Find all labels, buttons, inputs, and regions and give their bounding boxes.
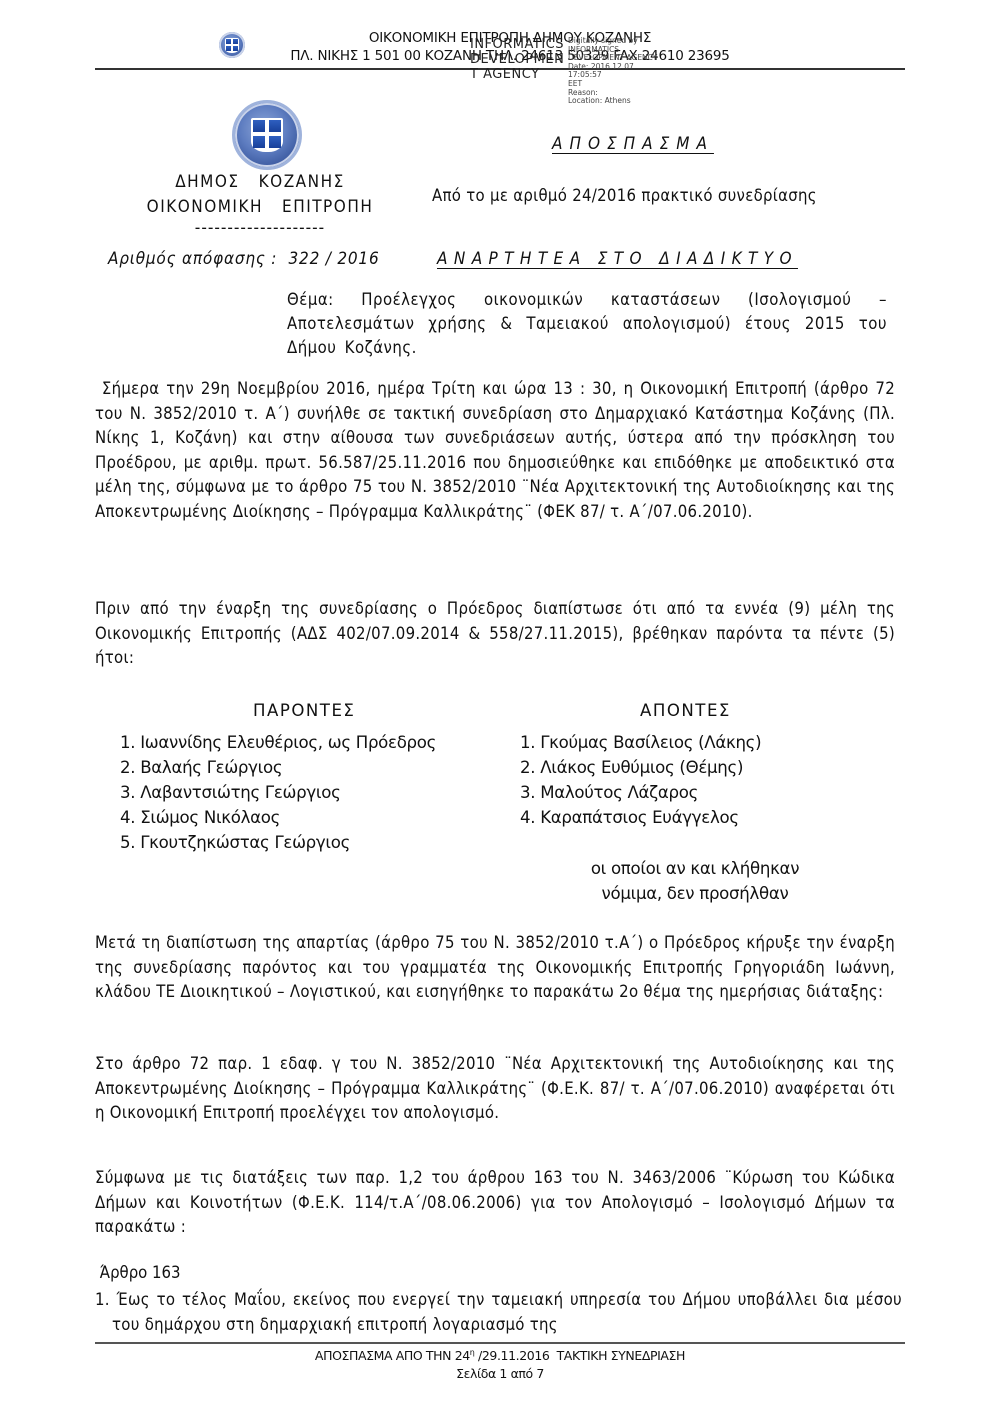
absent-title: ΑΠΟΝΤΕΣ	[640, 701, 731, 720]
list-item: 5. Γκουτζηκώστας Γεώργιος	[120, 830, 436, 855]
list-item: 2. Βαλαής Γεώργιος	[120, 755, 436, 780]
article-title: Άρθρο 163	[95, 1263, 181, 1282]
absent-note: οι οποίοι αν και κλήθηκαν νόμιμα, δεν πρ…	[560, 856, 830, 906]
coat-of-arms-icon	[232, 100, 302, 170]
document-type-title: ΑΠΟΣΠΑΣΜΑ	[552, 134, 714, 154]
subject: Θέμα: Προέλεγχος οικονομικών καταστάσεων…	[287, 288, 887, 360]
present-title: ΠΑΡΟΝΤΕΣ	[253, 701, 355, 720]
footer-meeting-ref: ΑΠΟΣΠΑΣΜΑ ΑΠΟ ΤΗΝ 24η /29.11.2016 ΤΑΚΤΙΚ…	[0, 1348, 1000, 1363]
list-item: 3. Μαλούτος Λάζαρος	[520, 780, 761, 805]
publish-notice: ΑΝΑΡΤΗΤΕΑ ΣΤΟ ΔΙΑΔΙΚΤΥΟ	[437, 249, 798, 269]
paragraph-meeting-intro: Σήμερα την 29η Νοεμβρίου 2016, ημέρα Τρί…	[95, 377, 895, 524]
footer-divider	[95, 1342, 905, 1344]
paragraph-session-opening: Μετά τη διαπίστωση της απαρτίας (άρθρο 7…	[95, 931, 895, 1005]
paragraph-quorum: Πριν από την έναρξη της συνεδρίασης ο Πρ…	[95, 597, 895, 671]
list-item: 1. Ιωαννίδης Ελευθέριος, ως Πρόεδρος	[120, 730, 436, 755]
footer-page-number: Σελίδα 1 από 7	[0, 1366, 1000, 1381]
list-item: 4. Σιώμος Νικόλαος	[120, 805, 436, 830]
paragraph-provisions: Σύμφωνα με τις διατάξεις των παρ. 1,2 το…	[95, 1166, 895, 1240]
absent-list: 1. Γκούμας Βασίλειος (Λάκης) 2. Λιάκος Ε…	[520, 730, 761, 830]
present-list: 1. Ιωαννίδης Ελευθέριος, ως Πρόεδρος 2. …	[120, 730, 436, 855]
municipality-name: ΔΗΜΟΣ ΚΟΖΑΝΗΣ	[100, 172, 420, 192]
signature-details: Digitally signed by INFORMATICS DEVELOPM…	[568, 37, 668, 106]
list-item: 4. Καραπάτσιος Ευάγγελος	[520, 805, 761, 830]
committee-name: ΟΙΚΟΝΟΜΙΚΗ ΕΠΙΤΡΟΠΗ	[100, 197, 420, 217]
list-item: 3. Λαβαντσιώτης Γεώργιος	[120, 780, 436, 805]
decision-number: Αριθμός απόφασης : 322 / 2016	[108, 249, 379, 269]
committee-rule: --------------------	[100, 218, 420, 238]
minutes-reference: Από το με αριθμό 24/2016 πρακτικό συνεδρ…	[432, 186, 817, 205]
paragraph-legal-basis: Στο άρθρο 72 παρ. 1 εδαφ. γ του Ν. 3852/…	[95, 1052, 895, 1126]
article-item-1: 1. Έως το τέλος Μαΐου, εκείνος που ενεργ…	[95, 1288, 902, 1337]
list-item: 2. Λιάκος Ευθύμιος (Θέμης)	[520, 755, 761, 780]
list-item: 1. Γκούμας Βασίλειος (Λάκης)	[520, 730, 761, 755]
